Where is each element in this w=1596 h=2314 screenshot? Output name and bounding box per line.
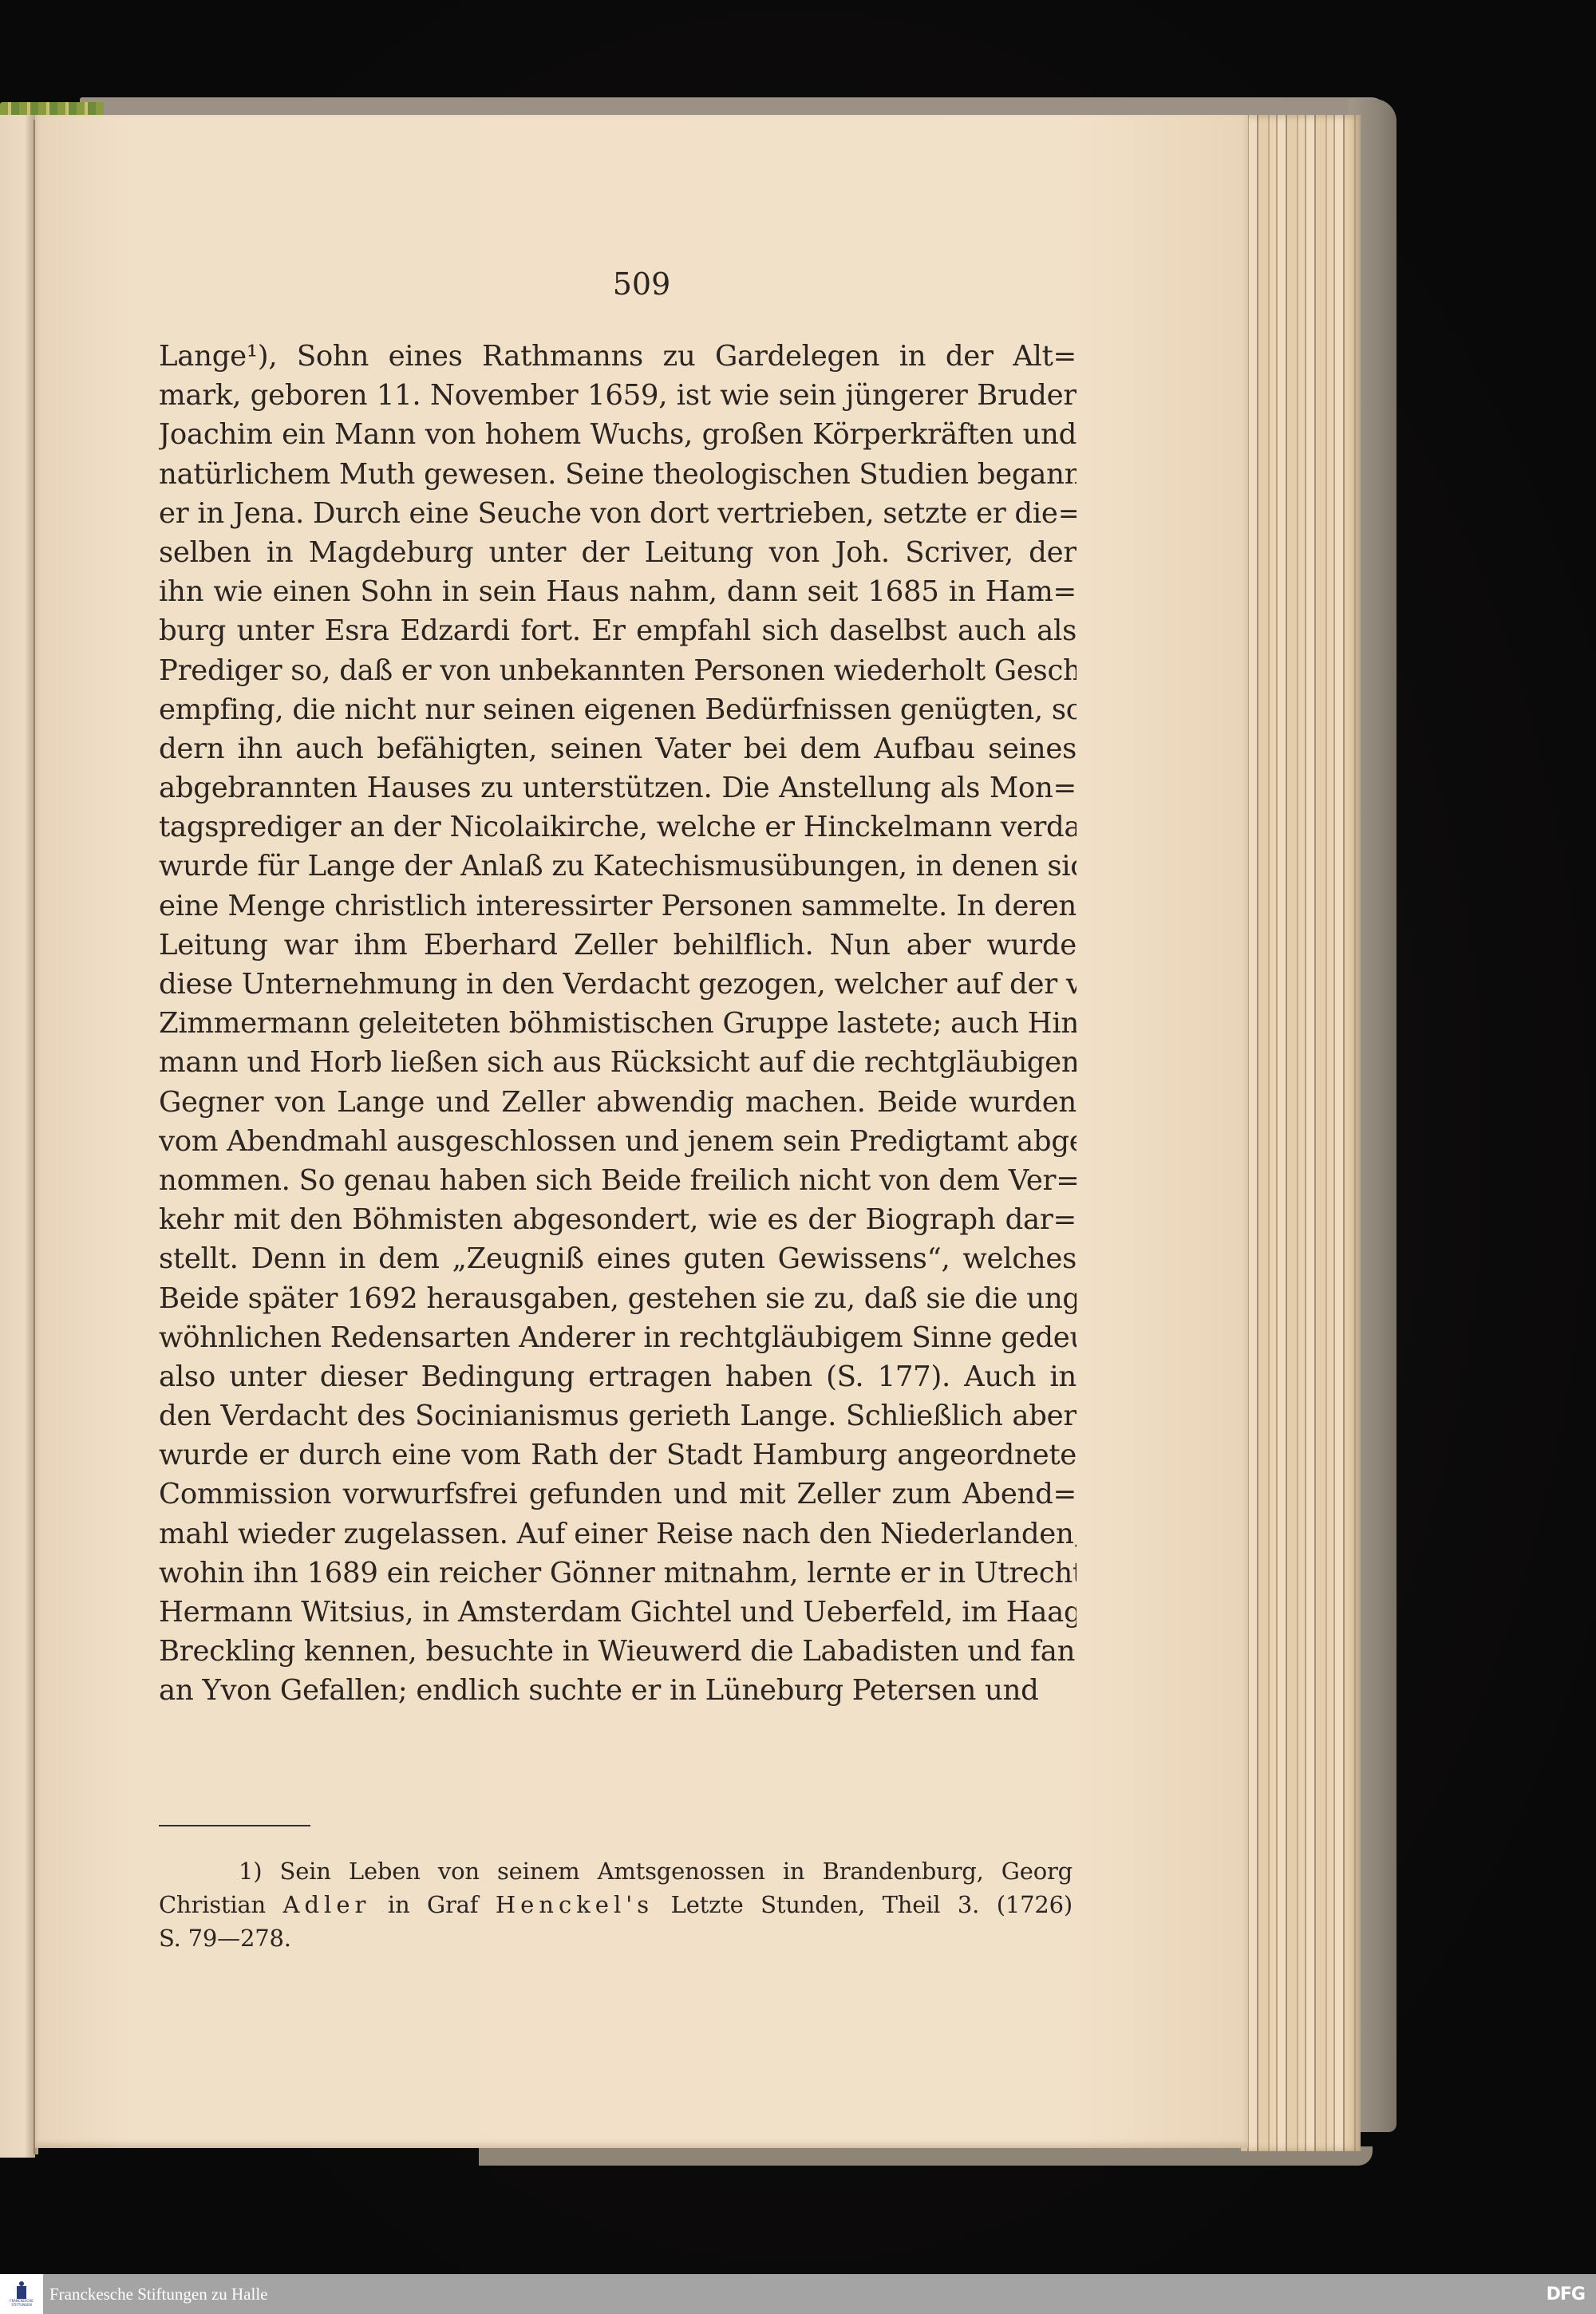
text-line: Hermann Witsius, in Amsterdam Gichtel un… [159, 1593, 1077, 1632]
text-line: Breckling kennen, besuchte in Wieuwerd d… [159, 1632, 1077, 1671]
footnote-divider [159, 1825, 310, 1826]
text-line: burg unter Esra Edzardi fort. Er empfahl… [159, 611, 1077, 650]
text-line: Joachim ein Mann von hohem Wuchs, großen… [159, 415, 1077, 454]
body-text: Lange¹), Sohn eines Rathmanns zu Gardele… [159, 337, 1077, 1711]
book-page: 509 Lange¹), Sohn eines Rathmanns zu Gar… [35, 115, 1248, 2148]
text-line: kehr mit den Böhmisten abgesondert, wie … [159, 1200, 1077, 1239]
text-line: mark, geboren 11. November 1659, ist wie… [159, 376, 1077, 415]
footnote-text: in Graf [370, 1891, 495, 1918]
text-line: er in Jena. Durch eine Seuche von dort v… [159, 494, 1077, 533]
text-line: selben in Magdeburg unter der Leitung vo… [159, 533, 1077, 572]
footnote: 1) Sein Leben von seinem Amtsgenossen in… [159, 1854, 1073, 1955]
text-line: an Yvon Gefallen; endlich suchte er in L… [159, 1671, 1077, 1710]
text-line: nommen. So genau haben sich Beide freili… [159, 1161, 1077, 1200]
text-line: wohin ihn 1689 ein reicher Gönner mitnah… [159, 1554, 1077, 1593]
book-cover-top-edge [80, 97, 1389, 115]
footnote-line: Christian Adler in Graf Henckel's Letzte… [159, 1888, 1073, 1921]
footnote-spaced-name: Adler [283, 1891, 371, 1918]
text-line: ihn wie einen Sohn in sein Haus nahm, da… [159, 572, 1077, 611]
page-edge-stack [1241, 115, 1361, 2151]
text-line: Beide später 1692 herausgaben, gestehen … [159, 1279, 1077, 1318]
previous-page-sliver [0, 115, 35, 2158]
text-line: vom Abendmahl ausgeschlossen und jenem s… [159, 1122, 1077, 1161]
footnote-text: Christian [159, 1891, 283, 1918]
text-line: wöhnlichen Redensarten Anderer in rechtg… [159, 1318, 1077, 1357]
text-line: stellt. Denn in dem „Zeugniß eines guten… [159, 1239, 1077, 1278]
text-line: Prediger so, daß er von unbekannten Pers… [159, 651, 1077, 690]
text-line: mann und Horb ließen sich aus Rücksicht … [159, 1043, 1077, 1082]
footnote-spaced-name: Henckel's [496, 1891, 654, 1918]
footnote-line: S. 79—278. [159, 1921, 1073, 1955]
institution-name-link[interactable]: Franckesche Stiftungen zu Halle [49, 2284, 268, 2304]
text-line: also unter dieser Bedingung ertragen hab… [159, 1357, 1077, 1396]
book-cover-bottom-edge [479, 2146, 1373, 2166]
text-line: tagsprediger an der Nicolaikirche, welch… [159, 808, 1077, 847]
text-line: empfing, die nicht nur seinen eigenen Be… [159, 690, 1077, 729]
text-line: Zimmermann geleiteten böhmistischen Grup… [159, 1004, 1077, 1043]
viewer-footer-bar: FRANCKESCHE STIFTUNGEN Franckesche Stift… [0, 2274, 1596, 2314]
text-line: eine Menge christlich interessirter Pers… [159, 887, 1077, 926]
text-line: Lange¹), Sohn eines Rathmanns zu Gardele… [159, 337, 1077, 376]
text-line: Commission vorwurfsfrei gefunden und mit… [159, 1475, 1077, 1514]
text-line: dern ihn auch befähigten, seinen Vater b… [159, 729, 1077, 768]
footnote-text: Letzte Stunden, Theil 3. (1726) [654, 1891, 1073, 1918]
text-line: Leitung war ihm Eberhard Zeller behilfli… [159, 926, 1077, 965]
francke-statue-icon [15, 2281, 28, 2299]
text-line: natürlichem Muth gewesen. Seine theologi… [159, 455, 1077, 494]
text-line: wurde er durch eine vom Rath der Stadt H… [159, 1435, 1077, 1475]
text-line: wurde für Lange der Anlaß zu Katechismus… [159, 847, 1077, 886]
dfg-logo[interactable]: DFG [1547, 2284, 1585, 2304]
footnote-line: 1) Sein Leben von seinem Amtsgenossen in… [159, 1854, 1073, 1888]
logo-caption: STIFTUNGEN [11, 2303, 31, 2307]
institution-logo[interactable]: FRANCKESCHE STIFTUNGEN [0, 2274, 43, 2314]
page-number: 509 [35, 267, 1248, 302]
text-line: diese Unternehmung in den Verdacht gezog… [159, 965, 1077, 1004]
text-line: den Verdacht des Socinianismus gerieth L… [159, 1396, 1077, 1435]
text-line: mahl wieder zugelassen. Auf einer Reise … [159, 1514, 1077, 1554]
text-line: abgebrannten Hauses zu unterstützen. Die… [159, 768, 1077, 808]
text-line: Gegner von Lange und Zeller abwendig mac… [159, 1083, 1077, 1122]
